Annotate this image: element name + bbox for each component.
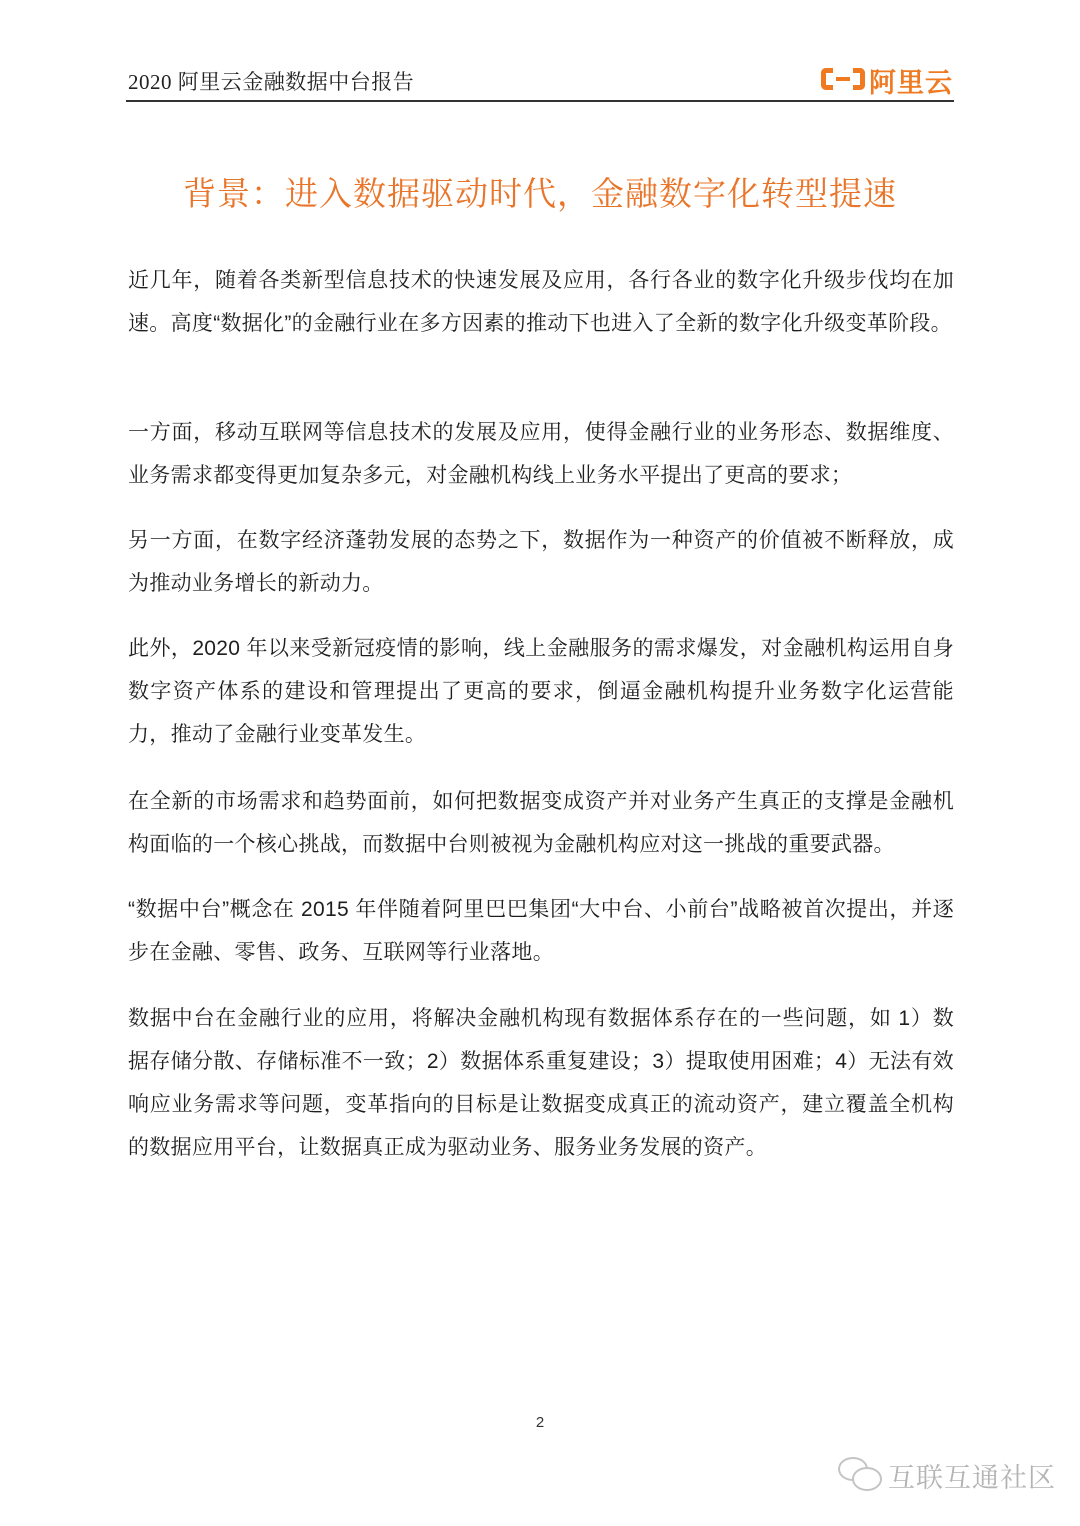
paragraph: 数据中台在金融行业的应用，将解决金融机构现有数据体系存在的一些问题，如 1）数据… (128, 997, 954, 1169)
paragraph: 一方面，移动互联网等信息技术的发展及应用，使得金融行业的业务形态、数据维度、业务… (128, 411, 954, 497)
header-divider (126, 100, 954, 102)
section-title: 背景：进入数据驱动时代，金融数字化转型提速 (0, 168, 1080, 215)
report-title: 2020 阿里云金融数据中台报告 (128, 66, 414, 96)
wechat-icon (838, 1455, 882, 1495)
paragraph: 近几年，随着各类新型信息技术的快速发展及应用，各行各业的数字化升级步伐均在加速。… (128, 259, 954, 345)
aliyun-logo-icon (821, 66, 865, 96)
page-number: 2 (0, 1414, 1080, 1431)
watermark: 互联互通社区 (838, 1455, 1056, 1495)
paragraph: 在全新的市场需求和趋势面前，如何把数据变成资产并对业务产生真正的支撑是金融机构面… (128, 780, 954, 866)
page-header: 2020 阿里云金融数据中台报告 阿里云 (128, 58, 953, 98)
paragraph: 此外，2020 年以来受新冠疫情的影响，线上金融服务的需求爆发，对金融机构运用自… (128, 627, 954, 756)
paragraph: 另一方面，在数字经济蓬勃发展的态势之下，数据作为一种资产的价值被不断释放，成为推… (128, 519, 954, 605)
watermark-text: 互联互通社区 (888, 1456, 1056, 1495)
aliyun-logo: 阿里云 (821, 61, 953, 100)
logo-text: 阿里云 (869, 61, 953, 100)
paragraph: “数据中台”概念在 2015 年伴随着阿里巴巴集团“大中台、小前台”战略被首次提… (128, 888, 954, 974)
